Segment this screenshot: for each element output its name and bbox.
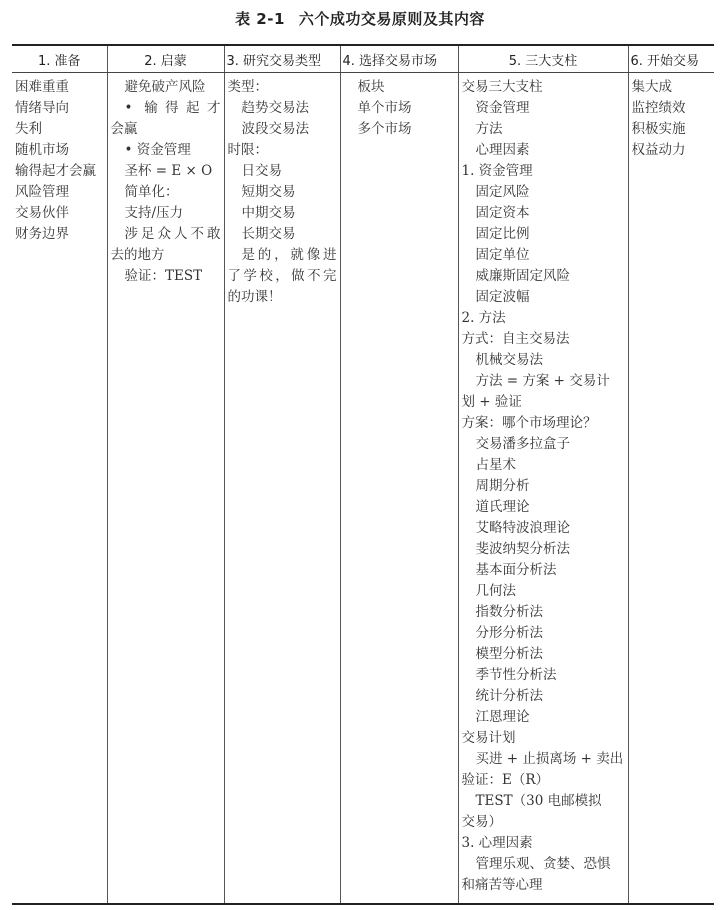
header-enlightenment: 2. 启蒙: [107, 45, 224, 73]
list-item: 固定资本: [462, 203, 625, 224]
list-item: 多个市场: [344, 119, 455, 140]
header-study-trade-types: 3. 研究交易类型: [224, 45, 340, 73]
table-caption: 表 2-1六个成功交易原则及其内容: [0, 8, 720, 29]
list-item: 管理乐观、贪婪、恐惧: [462, 854, 625, 875]
list-item: 监控绩效: [632, 98, 712, 119]
header-start-trading: 6. 开始交易: [628, 45, 714, 73]
list-item: 随机市场: [15, 140, 104, 161]
list-item: 情绪导向: [15, 98, 104, 119]
list-item: 斐波纳契分析法: [462, 539, 625, 560]
list-item: 趋势交易法: [228, 98, 337, 119]
list-item: 长期交易: [228, 224, 337, 245]
list-item: 了学校，做不完: [228, 266, 337, 287]
list-item: 基本面分析法: [462, 560, 625, 581]
table-title: 六个成功交易原则及其内容: [299, 10, 485, 28]
list-item: 避免破产风险: [111, 77, 221, 98]
list-item: 周期分析: [462, 476, 625, 497]
list-item: 艾略特波浪理论: [462, 518, 625, 539]
bullet-item: • 资金管理: [111, 140, 221, 161]
list-item: 方案：哪个市场理论？: [462, 413, 625, 434]
list-item: 固定比例: [462, 224, 625, 245]
list-item: 威廉斯固定风险: [462, 266, 625, 287]
section-label: 类型：: [228, 77, 337, 98]
bullet-item: • 输得起才: [111, 98, 221, 119]
cell-select-market: 板块 单个市场 多个市场: [340, 73, 458, 905]
list-item: 几何法: [462, 581, 625, 602]
list-item: 单个市场: [344, 98, 455, 119]
list-item: 波段交易法: [228, 119, 337, 140]
list-item: 季节性分析法: [462, 665, 625, 686]
formula-item: 圣杯 = E × O: [111, 161, 221, 182]
section-label: 交易三大支柱: [462, 77, 625, 98]
list-item: 交易）: [462, 812, 625, 833]
formula-item: 划 + 验证: [462, 392, 625, 413]
list-item: 指数分析法: [462, 602, 625, 623]
list-item: 集大成: [632, 77, 712, 98]
list-item: 支持/压力: [111, 203, 221, 224]
list-item: 简单化：: [111, 182, 221, 203]
section-label: 1. 资金管理: [462, 161, 625, 182]
content-row: 困难重重 情绪导向 失利 随机市场 输得起才会赢 风险管理 交易伙伴 财务边界 …: [12, 73, 714, 905]
cell-three-pillars: 交易三大支柱 资金管理 方法 心理因素 1. 资金管理 固定风险 固定资本 固定…: [458, 73, 628, 905]
list-item: 交易潘多拉盒子: [462, 434, 625, 455]
list-item: 分形分析法: [462, 623, 625, 644]
list-item: 固定风险: [462, 182, 625, 203]
list-item: 财务边界: [15, 224, 104, 245]
list-item: 涉足众人不敢: [111, 224, 221, 245]
formula-item: 方法 = 方案 + 交易计: [462, 371, 625, 392]
header-preparation: 1. 准备: [12, 45, 107, 73]
list-item: 道氏理论: [462, 497, 625, 518]
cell-start-trading: 集大成 监控绩效 积极实施 权益动力: [628, 73, 714, 905]
list-item: 困难重重: [15, 77, 104, 98]
list-item: 权益动力: [632, 140, 712, 161]
list-item: 验证：TEST: [111, 266, 221, 287]
list-item: 统计分析法: [462, 686, 625, 707]
header-row: 1. 准备 2. 启蒙 3. 研究交易类型 4. 选择交易市场 5. 三大支柱 …: [12, 45, 714, 73]
list-item: 积极实施: [632, 119, 712, 140]
list-item: 机械交易法: [462, 350, 625, 371]
list-item: 固定单位: [462, 245, 625, 266]
list-item: 固定波幅: [462, 287, 625, 308]
list-item: 的功课！: [228, 287, 337, 308]
list-item: 中期交易: [228, 203, 337, 224]
list-item: 失利: [15, 119, 104, 140]
list-item: 短期交易: [228, 182, 337, 203]
list-item: 占星术: [462, 455, 625, 476]
list-item: 方式：自主交易法: [462, 329, 625, 350]
section-label: 2. 方法: [462, 308, 625, 329]
section-label: 时限：: [228, 140, 337, 161]
list-item: 心理因素: [462, 140, 625, 161]
formula-item: 买进 + 止损离场 + 卖出: [462, 749, 625, 770]
header-three-pillars: 5. 三大支柱: [458, 45, 628, 73]
section-label: 3. 心理因素: [462, 833, 625, 854]
list-item: 方法: [462, 119, 625, 140]
list-item: 会赢: [111, 119, 221, 140]
list-item: TEST（30 电邮模拟: [462, 791, 625, 812]
list-item: 板块: [344, 77, 455, 98]
principles-table: 1. 准备 2. 启蒙 3. 研究交易类型 4. 选择交易市场 5. 三大支柱 …: [12, 44, 714, 905]
list-item: 交易伙伴: [15, 203, 104, 224]
list-item: 模型分析法: [462, 644, 625, 665]
list-item: 验证：E（R）: [462, 770, 625, 791]
list-item: 日交易: [228, 161, 337, 182]
section-label: 交易计划: [462, 728, 625, 749]
list-item: 江恩理论: [462, 707, 625, 728]
list-item: 和痛苦等心理: [462, 875, 625, 896]
header-select-market: 4. 选择交易市场: [340, 45, 458, 73]
table-number: 表 2-1: [235, 10, 285, 28]
list-item: 是的，就像进: [228, 245, 337, 266]
list-item: 去的地方: [111, 245, 221, 266]
list-item: 资金管理: [462, 98, 625, 119]
cell-enlightenment: 避免破产风险 • 输得起才 会赢 • 资金管理 圣杯 = E × O 简单化： …: [107, 73, 224, 905]
list-item: 风险管理: [15, 182, 104, 203]
list-item: 输得起才会赢: [15, 161, 104, 182]
cell-trade-types: 类型： 趋势交易法 波段交易法 时限： 日交易 短期交易 中期交易 长期交易 是…: [224, 73, 340, 905]
cell-preparation: 困难重重 情绪导向 失利 随机市场 输得起才会赢 风险管理 交易伙伴 财务边界: [12, 73, 107, 905]
